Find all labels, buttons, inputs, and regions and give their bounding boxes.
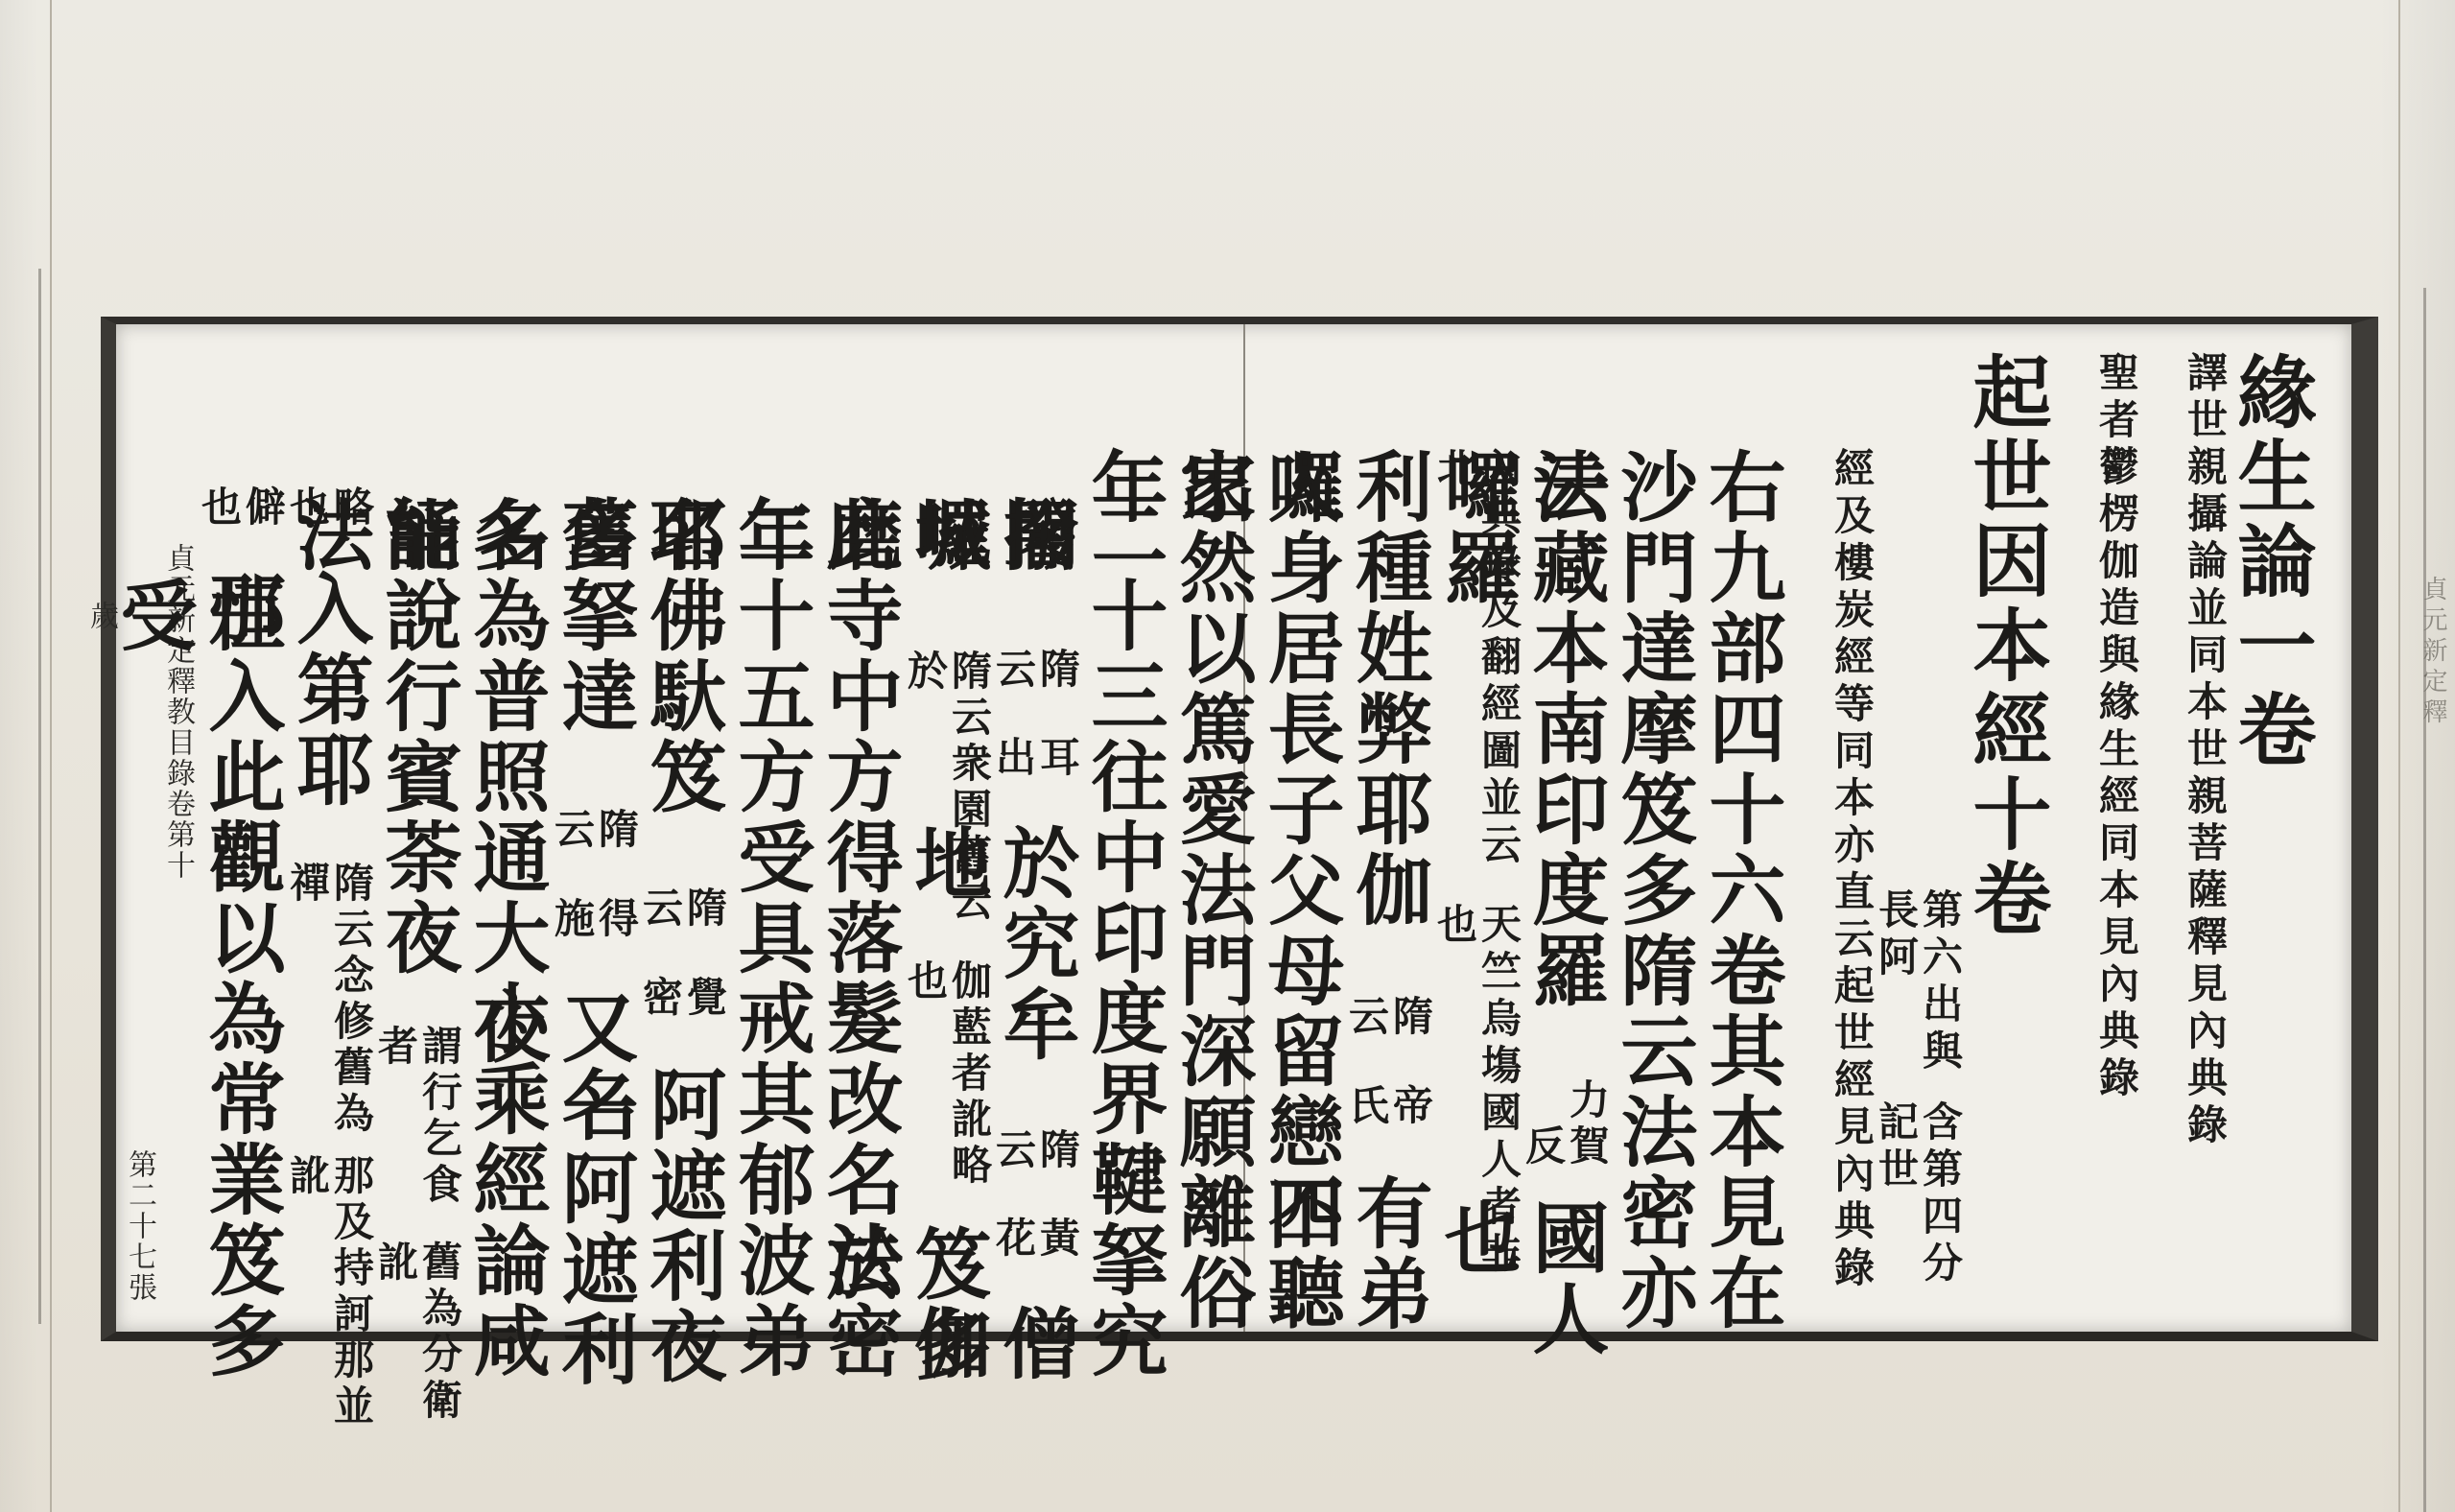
adjacent-page-fragment: 貞元新定釋 [2416, 576, 2451, 729]
inline-note: 隋云耳出 [991, 648, 1079, 822]
main-text: 於究牟地 [991, 823, 1079, 1129]
inline-note: 隋云黃花 [991, 1128, 1079, 1303]
main-text: 僧伽 [991, 1304, 1079, 1456]
note-line: 聖者鬱楞伽造與緣 [2050, 351, 2138, 727]
text-columns: 緣生論一卷 譯世親攝論並同本世 親菩薩釋見內典錄 聖者鬱楞伽造與緣 生經同本見內… [145, 351, 2315, 1312]
fold-line-right [2398, 0, 2400, 1512]
column-title-1: 緣生論一卷 [2227, 351, 2315, 1312]
main-text: 人身居長子父母留戀不聽出 [1256, 447, 1344, 1408]
note-line: 含第四分記世 [1874, 1100, 1962, 1312]
note-line: 直云起世經見內典錄 [1785, 870, 1874, 1293]
page-number: 第二十七張 [120, 1149, 158, 1303]
column-title-2: 起世因本經十卷 [1962, 351, 2050, 1312]
inline-note: 隋云帝氏 [1344, 995, 1432, 1173]
adjacent-page-edge-right [2423, 288, 2455, 1512]
main-text: 沙門達摩笈多隋云法密亦云 [1609, 447, 1697, 1408]
column-main: 右九部四十六卷其本見在 [1697, 351, 1785, 1408]
inline-note: 力賀反 [1521, 1078, 1609, 1198]
block-margin: 貞元新定釋教目錄卷第十 第二十七張 歲 [139, 351, 197, 1312]
main-text: 二十三往中印度界鞬拏究撥 [1079, 495, 1168, 1456]
book-title-margin: 貞元新定釋教目錄卷第十 [158, 543, 197, 1303]
note-pair-2: 聖者鬱楞伽造與緣 生經同本見內典錄 [2050, 351, 2138, 1312]
main-text: 恒入此觀以為常業笈多受 [197, 576, 285, 1447]
main-text: 利種姓弊耶伽囉 [1344, 447, 1432, 995]
main-text: 二十五方受具戒其郁波弟耶 [726, 495, 814, 1456]
main-text: 法藏本南印度羅囉羅 [1521, 447, 1609, 1078]
note-pair-4: 經及樓炭經等同本亦 直云起世經見內典錄 [1785, 351, 1874, 1312]
column-main: 僻也 恒入此觀以為常業笈多受 [197, 351, 285, 1447]
inline-note: 隋云念修舊為禪那及持訶那並訛 [285, 862, 373, 1447]
inline-note: 僻也 [197, 485, 285, 576]
note-pair-1: 譯世親攝論並同本世 親菩薩釋見內典錄 [2138, 351, 2227, 1312]
note-line: 譯世親攝論並同本世 [2138, 351, 2227, 774]
inline-note: 隋云衆園舊云於伽藍者訛略也 [903, 650, 991, 1224]
main-text: 有弟四 [1344, 1173, 1432, 1408]
note-line: 第六出與長阿 [1874, 888, 1962, 1100]
main-text: 右九部四十六卷其本見在 [1697, 447, 1785, 1334]
main-text: 家然以篤愛法門深願離俗年 [1168, 447, 1256, 1408]
printed-block: 緣生論一卷 譯世親攝論並同本世 親菩薩釋見內典錄 聖者鬱楞伽造與緣 生經同本見內… [101, 317, 2378, 1341]
column-main: 沙門達摩笈多隋云法密亦云 [1609, 351, 1697, 1408]
note-line: 親菩薩釋見內典錄 [2138, 774, 2227, 1150]
note-pair-3: 第六出與長阿 含第四分記世 [1874, 351, 1962, 1312]
note-line: 生經同本見內典錄 [2050, 727, 2138, 1103]
work-title: 起世因本經十卷 [1962, 351, 2050, 942]
main-text: 阿遮利夜名 [638, 1065, 726, 1456]
fold-line-left [50, 0, 52, 1512]
column-main: 利種姓弊耶伽囉 隋云帝氏 有弟四 [1344, 351, 1432, 1408]
inline-note: 謂行乞食者舊為分衛訛 [373, 1025, 461, 1456]
main-text: 又一阿遮利夜 [550, 987, 638, 1456]
work-title: 緣生論一卷 [2227, 351, 2315, 773]
main-text: 此寺中方得落髮改名法密年 [814, 495, 903, 1456]
main-text: 名為普照通大小乘經論咸能 [461, 495, 550, 1456]
inline-note: 隋云得施 [550, 808, 638, 986]
main-text: 國人也 [1521, 1198, 1609, 1408]
adjacent-page-edge-left [0, 269, 41, 1324]
note-line: 經及樓炭經等同本亦 [1785, 447, 1874, 870]
inline-note: 隋云覺密 [638, 886, 726, 1065]
main-text: 入第耶那 [285, 569, 373, 862]
margin-mark: 歲 [82, 601, 120, 1303]
